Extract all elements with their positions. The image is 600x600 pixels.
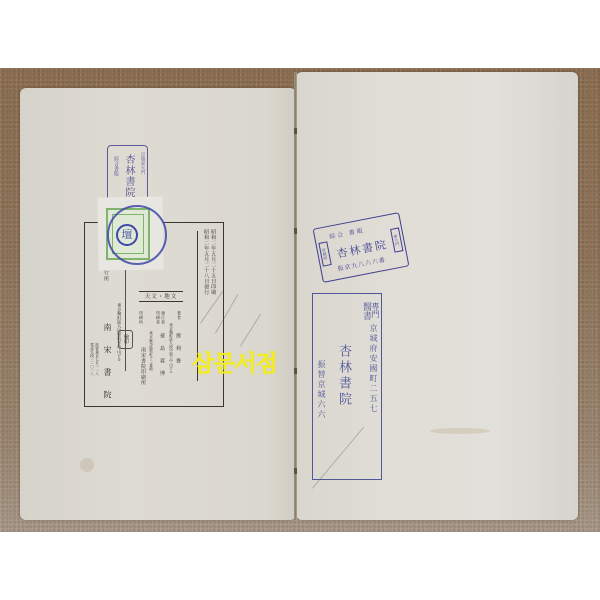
paper-stain: [430, 428, 490, 434]
postmark-glyph: 壇: [116, 224, 138, 246]
binding-stitch: [294, 128, 297, 134]
watermark: 삼문서점: [192, 345, 277, 378]
paper-stain: [80, 458, 94, 472]
book-spine: [294, 72, 297, 520]
book-photo: 京城東大門 杏林書院 綜合書販 昭和二年五月二十五日印刷 昭和二年五月二十八日發…: [0, 68, 600, 532]
colophon-divider: [125, 253, 126, 371]
binding-stitch: [294, 228, 297, 234]
bookshop-rect-seal: 醫書 專門 京城府安國町二五七 杏林書院 振替京城六六: [312, 293, 382, 480]
binding-stitch: [294, 468, 297, 474]
inspection-seal: 檢印: [118, 330, 133, 349]
book-title: 天文・地文: [139, 291, 183, 302]
binding-stitch: [294, 368, 297, 374]
